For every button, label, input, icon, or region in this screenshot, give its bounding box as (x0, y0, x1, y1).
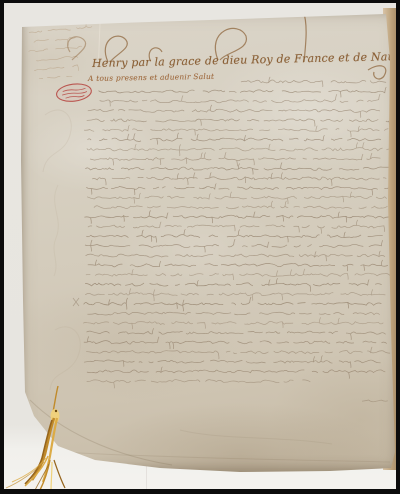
photo: Henry par la grace de dieu Roy de France… (0, 0, 400, 494)
parchment: Henry par la grace de dieu Roy de France… (0, 0, 400, 494)
